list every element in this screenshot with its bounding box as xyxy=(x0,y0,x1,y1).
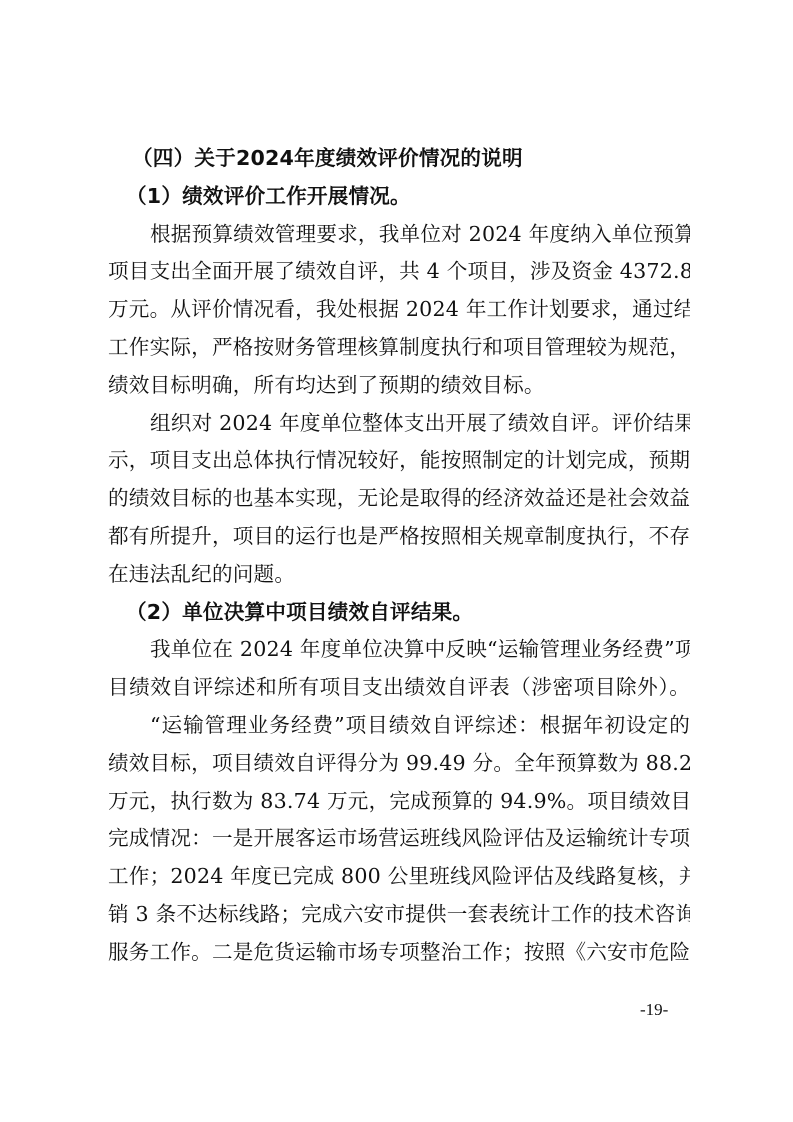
paragraph-line: 完成情况：一是开展客运市场营运班线风险评估及运输统计专项 xyxy=(108,820,690,858)
paragraph-line: 目绩效自评综述和所有项目支出绩效自评表（涉密项目除外）。 xyxy=(108,669,690,707)
paragraph-line: 在违法乱纪的问题。 xyxy=(108,556,690,594)
paragraph-line: 我单位在 2024 年度单位决算中反映“运输管理业务经费”项 xyxy=(108,631,690,669)
paragraph-line: 项目支出全面开展了绩效自评，共 4 个项目，涉及资金 4372.84 xyxy=(108,253,690,291)
paragraph-line: “运输管理业务经费”项目绩效自评综述：根据年初设定的 xyxy=(108,707,690,745)
page-number: -19- xyxy=(640,1000,668,1020)
paragraph-line: 都有所提升，项目的运行也是严格按照相关规章制度执行，不存 xyxy=(108,518,690,556)
paragraph-4: “运输管理业务经费”项目绩效自评综述：根据年初设定的 绩效目标，项目绩效自评得分… xyxy=(108,707,690,972)
paragraph-line: 万元，执行数为 83.74 万元，完成预算的 94.9%。项目绩效目标 xyxy=(108,783,690,821)
paragraph-line: 服务工作。二是危货运输市场专项整治工作；按照《六安市危险 xyxy=(108,934,690,972)
paragraph-line: 的绩效目标的也基本实现，无论是取得的经济效益还是社会效益 xyxy=(108,480,690,518)
paragraph-1: 根据预算绩效管理要求，我单位对 2024 年度纳入单位预算的 项目支出全面开展了… xyxy=(108,216,690,405)
paragraph-line: 绩效目标，项目绩效自评得分为 99.49 分。全年预算数为 88.2 xyxy=(108,745,690,783)
section-heading: （四）关于2024年度绩效评价情况的说明 xyxy=(108,140,690,178)
paragraph-line: 工作实际，严格按财务管理核算制度执行和项目管理较为规范， xyxy=(108,329,690,367)
paragraph-line: 组织对 2024 年度单位整体支出开展了绩效自评。评价结果显 xyxy=(108,405,690,443)
subsection-heading-1: （1）绩效评价工作开展情况。 xyxy=(108,178,690,216)
paragraph-3: 我单位在 2024 年度单位决算中反映“运输管理业务经费”项 目绩效自评综述和所… xyxy=(108,631,690,707)
paragraph-line: 绩效目标明确，所有均达到了预期的绩效目标。 xyxy=(108,367,690,405)
paragraph-line: 工作；2024 年度已完成 800 公里班线风险评估及线路复核，并注 xyxy=(108,858,690,896)
paragraph-line: 万元。从评价情况看，我处根据 2024 年工作计划要求，通过结合 xyxy=(108,291,690,329)
paragraph-line: 示，项目支出总体执行情况较好，能按照制定的计划完成，预期 xyxy=(108,442,690,480)
paragraph-line: 根据预算绩效管理要求，我单位对 2024 年度纳入单位预算的 xyxy=(108,216,690,254)
paragraph-2: 组织对 2024 年度单位整体支出开展了绩效自评。评价结果显 示，项目支出总体执… xyxy=(108,405,690,594)
subsection-heading-2: （2）单位决算中项目绩效自评结果。 xyxy=(108,594,690,632)
paragraph-line: 销 3 条不达标线路；完成六安市提供一套表统计工作的技术咨询 xyxy=(108,896,690,934)
document-page: （四）关于2024年度绩效评价情况的说明 （1）绩效评价工作开展情况。 根据预算… xyxy=(108,140,690,972)
